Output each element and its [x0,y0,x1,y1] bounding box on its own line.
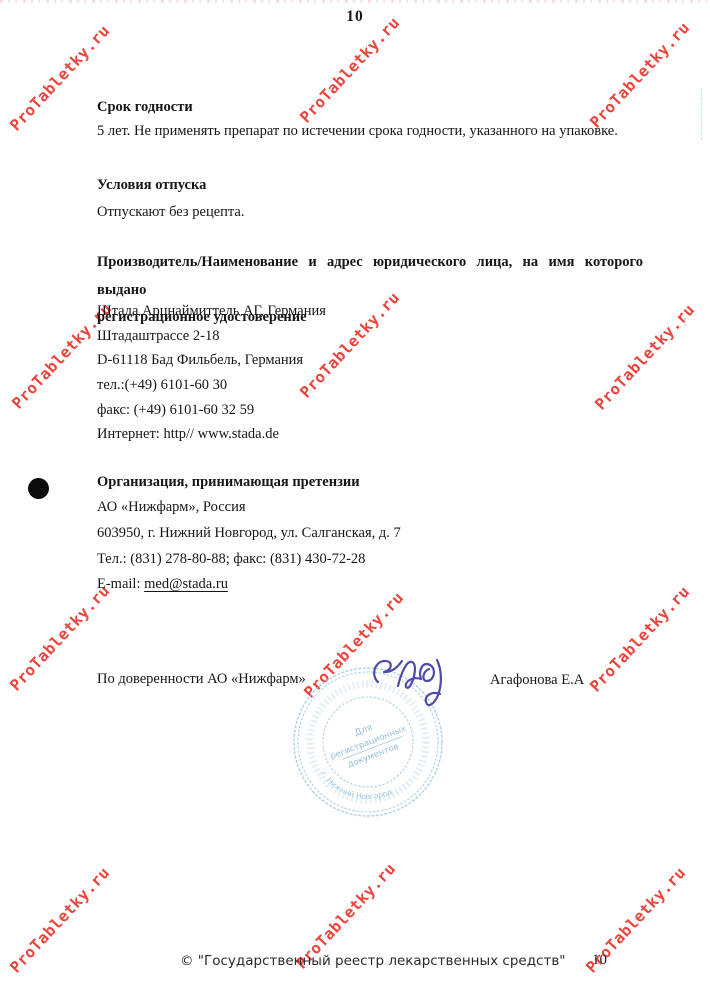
scan-artifact-right [701,88,702,140]
manufacturer-line: тел.:(+49) 6101-60 30 [97,373,326,398]
signer-name: Агафонова Е.А [490,672,584,689]
watermark: ProTabletky.ru [296,14,403,127]
manufacturer-line: факс: (+49) 6101-60 32 59 [97,398,326,423]
hole-punch-mark [28,478,49,499]
footer-copyright: © "Государственный реестр лекарственных … [180,953,566,969]
page-number-top: 10 [0,8,710,26]
manufacturer-line: Штада Арцнаймиттель АГ, Германия [97,299,326,324]
document-page: ProTabletky.ru ProTabletky.ru ProTabletk… [0,0,710,1000]
watermark: ProTabletky.ru [6,22,113,135]
manufacturer-line: D-61118 Бад Фильбель, Германия [97,348,326,373]
claims-org-line: Тел.: (831) 278-80-88; факс: (831) 430-7… [97,547,401,573]
shelf-life-heading: Срок годности [97,99,193,116]
page-number-bottom: 10 [592,952,607,969]
watermark: ProTabletky.ru [586,583,693,696]
watermark: ProTabletky.ru [6,864,113,977]
attorney-text: По доверенности АО «Нижфарм» [97,671,306,688]
claims-org-email-line: E-mail: med@stada.ru [97,572,401,598]
dispensing-heading: Условия отпуска [97,177,206,194]
scan-artifact-top [0,0,710,3]
claims-org-details: АО «Нижфарм», Россия 603950, г. Нижний Н… [97,495,401,598]
email-address: med@stada.ru [144,576,228,592]
claims-org-heading: Организация, принимающая претензии [97,474,360,491]
scan-artifact-right-dot [684,318,686,326]
handwritten-signature [362,640,457,715]
manufacturer-details: Штада Арцнаймиттель АГ, Германия Штадашт… [97,299,326,447]
dispensing-text: Отпускают без рецепта. [97,204,245,221]
claims-org-line: АО «Нижфарм», Россия [97,495,401,521]
manufacturer-line: Интернет: http// www.stada.de [97,422,326,447]
shelf-life-text: 5 лет. Не применять препарат по истечени… [97,123,618,140]
watermark: ProTabletky.ru [586,19,693,132]
manufacturer-line: Штадаштрассе 2-18 [97,324,326,349]
claims-org-line: 603950, г. Нижний Новгород, ул. Салганск… [97,521,401,547]
email-label: E-mail: [97,576,144,592]
manufacturer-heading-line1: Производитель/Наименование и адрес юриди… [97,249,643,304]
